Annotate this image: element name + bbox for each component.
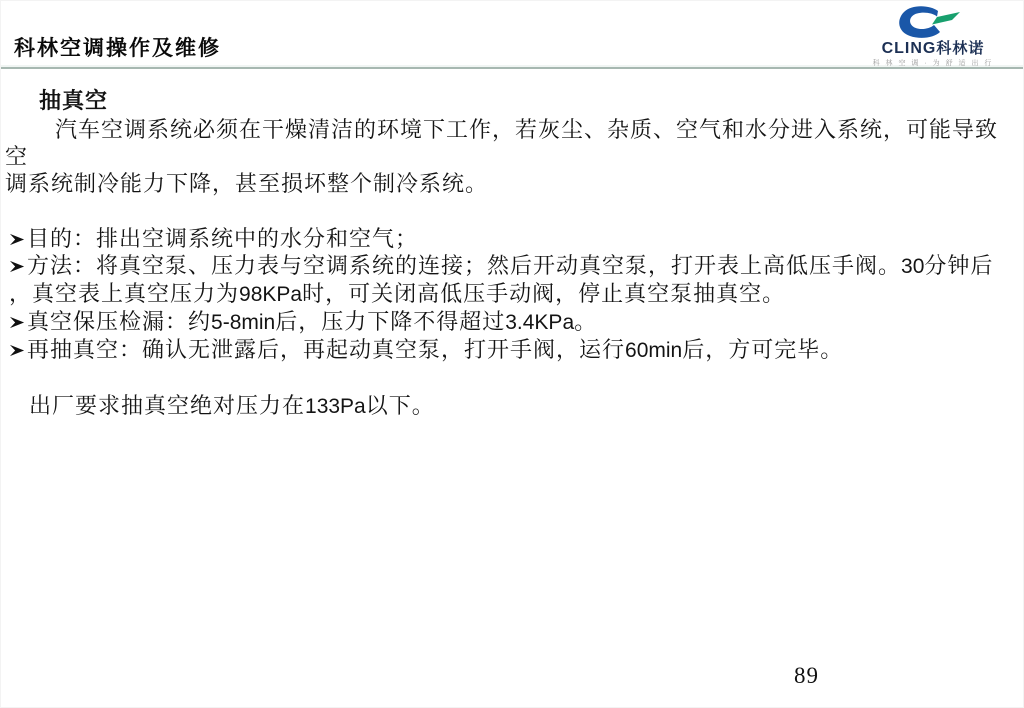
bullet-list: 目的：排出空调系统中的水分和空气；方法：将真空泵、压力表与空调系统的连接；然后开… xyxy=(9,225,1017,364)
bullet-item: 目的：排出空调系统中的水分和空气； xyxy=(9,225,1017,252)
brand-tagline: 科 林 空 调 · 为 舒 适 出 行 xyxy=(853,58,1013,68)
brand-name-cn: 科林诺 xyxy=(936,40,984,57)
slide-page: 科林空调操作及维修 CLING科林诺 科 林 空 调 · 为 舒 适 出 行 抽… xyxy=(0,0,1024,708)
slide-content: 抽真空 汽车空调系统必须在干燥清洁的环境下工作，若灰尘、杂质、空气和水分进入系统… xyxy=(1,69,1023,420)
bullet-item: 真空保压检漏：约5-8min后，压力下降不得超过3.4KPa。 xyxy=(9,308,1017,336)
bullet-item: 再抽真空：确认无泄露后，再起动真空泵，打开手阀，运行60min后，方可完毕。 xyxy=(9,336,1017,364)
bullet-text: 真空保压检漏：约5-8min后，压力下降不得超过3.4KPa。 xyxy=(27,309,597,334)
bullet-text: 目的：排出空调系统中的水分和空气； xyxy=(27,226,418,251)
brand-logo: CLING科林诺 科 林 空 调 · 为 舒 适 出 行 xyxy=(853,4,1013,68)
factory-requirement: 出厂要求抽真空绝对压力在133Pa以下。 xyxy=(29,392,1017,420)
brand-logo-icon xyxy=(892,4,974,40)
arrow-bullet-icon xyxy=(9,231,26,248)
page-number: 89 xyxy=(794,663,819,689)
arrow-bullet-icon xyxy=(9,314,26,331)
bullet-text: 再抽真空：确认无泄露后，再起动真空泵，打开手阀，运行60min后，方可完毕。 xyxy=(27,337,843,362)
arrow-bullet-icon xyxy=(9,342,26,359)
bullet-item: 方法：将真空泵、压力表与空调系统的连接；然后开动真空泵，打开表上高低压手阀。30… xyxy=(9,252,1017,308)
arrow-bullet-icon xyxy=(9,258,26,275)
section-title: 抽真空 xyxy=(39,87,1017,114)
brand-name: CLING科林诺 xyxy=(853,40,1013,57)
page-title: 科林空调操作及维修 xyxy=(14,32,221,62)
intro-paragraph: 汽车空调系统必须在干燥清洁的环境下工作，若灰尘、杂质、空气和水分进入系统，可能导… xyxy=(5,116,1017,197)
bullet-text: 方法：将真空泵、压力表与空调系统的连接；然后开动真空泵，打开表上高低压手阀。30… xyxy=(9,253,993,306)
header: 科林空调操作及维修 CLING科林诺 科 林 空 调 · 为 舒 适 出 行 xyxy=(1,1,1023,65)
brand-name-latin: CLING xyxy=(882,40,937,57)
